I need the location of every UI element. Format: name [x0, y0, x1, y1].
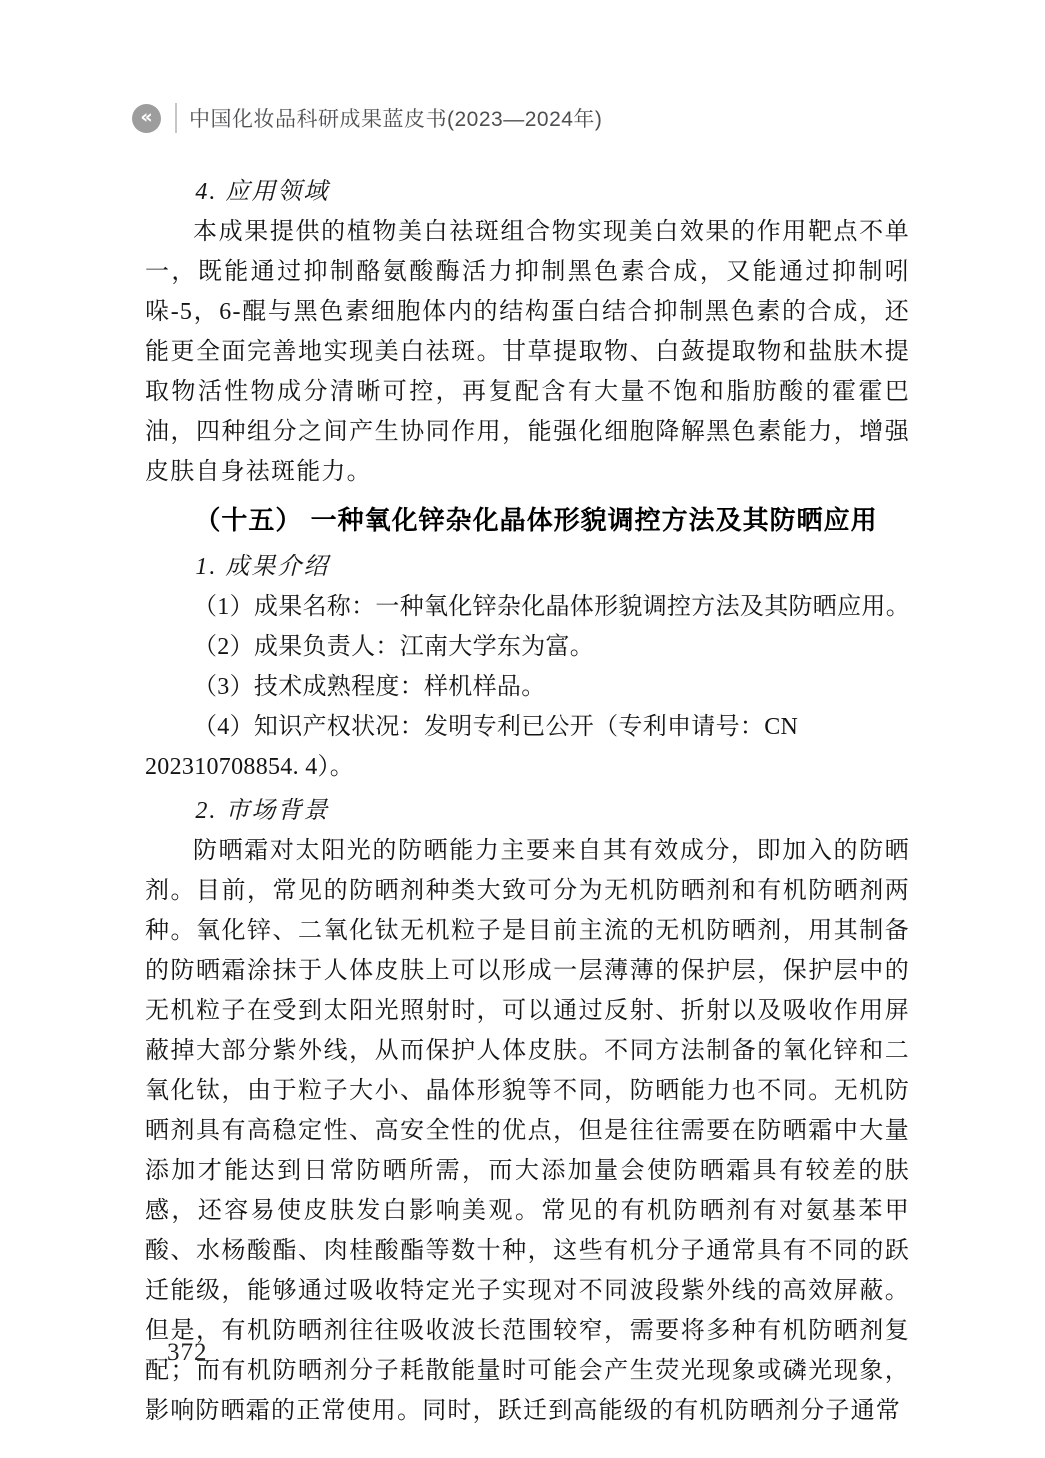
list-item-result-name: （1）成果名称：一种氧化锌杂化晶体形貌调控方法及其防晒应用。: [145, 587, 910, 627]
section-fifteen-heading: （十五） 一种氧化锌杂化晶体形貌调控方法及其防晒应用: [145, 497, 910, 543]
book-title: 中国化妆品科研成果蓝皮书(2023—2024年): [189, 103, 602, 133]
page-number: 372: [167, 1339, 208, 1366]
header-divider: [175, 103, 177, 133]
subsection-heading-market: 2. 市场背景: [145, 791, 910, 831]
running-header: « 中国化妆品科研成果蓝皮书(2023—2024年): [132, 103, 602, 133]
page-content: 4. 应用领域 本成果提供的植物美白祛斑组合物实现美白效果的作用靶点不单一，既能…: [145, 172, 910, 1431]
list-item-result-leader: （2）成果负责人：江南大学东为富。: [145, 627, 910, 667]
subsection-heading-introduction: 1. 成果介绍: [145, 547, 910, 587]
paragraph-market-background: 防晒霜对太阳光的防晒能力主要来自其有效成分，即加入的防晒剂。目前，常见的防晒剂种…: [145, 831, 910, 1431]
chevrons-left-glyph: «: [140, 108, 152, 127]
paragraph-application: 本成果提供的植物美白祛斑组合物实现美白效果的作用靶点不单一，既能通过抑制酪氨酸酶…: [145, 212, 910, 492]
list-item-maturity: （3）技术成熟程度：样机样品。: [145, 667, 910, 707]
subsection-heading-application: 4. 应用领域: [145, 172, 910, 212]
page-footer: 372: [167, 1339, 208, 1367]
list-item-ip-status: （4）知识产权状况：发明专利已公开（专利申请号：CN 202310708854.…: [145, 707, 910, 787]
chevrons-left-icon: «: [132, 104, 161, 133]
book-page: « 中国化妆品科研成果蓝皮书(2023—2024年) 4. 应用领域 本成果提供…: [0, 0, 1045, 1458]
